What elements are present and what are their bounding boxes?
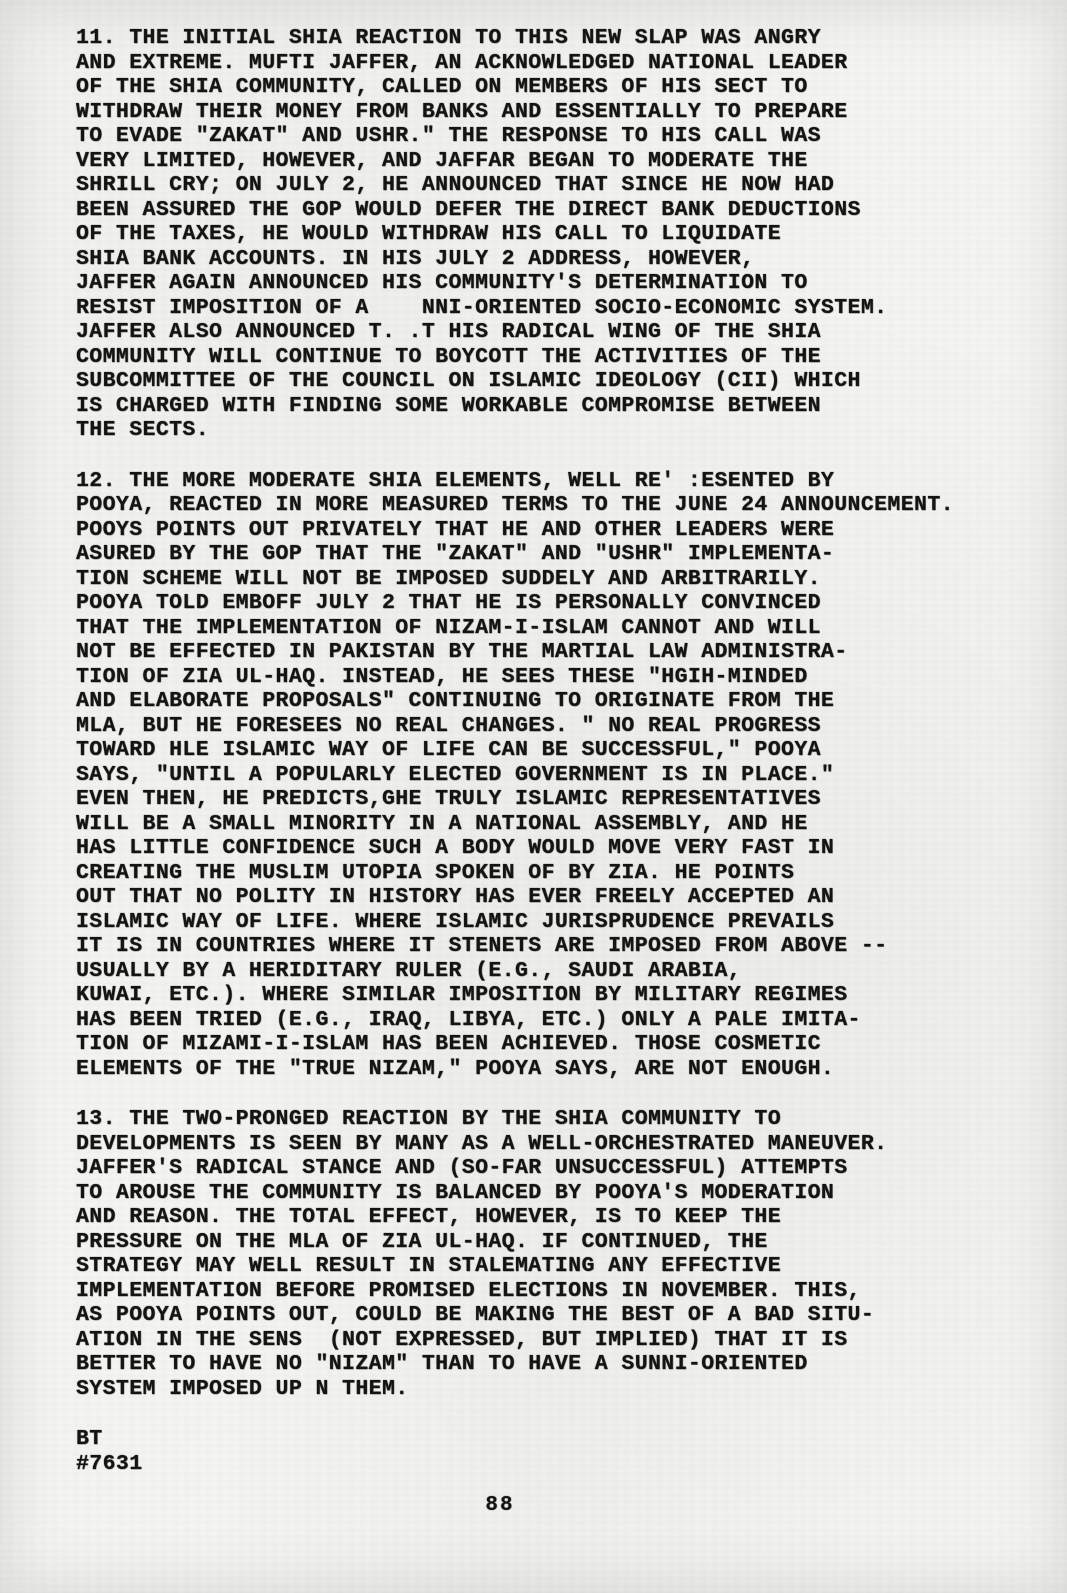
text-line: ISLAMIC WAY OF LIFE. WHERE ISLAMIC JURIS… — [76, 910, 1047, 935]
text-line: IMPLEMENTATION BEFORE PROMISED ELECTIONS… — [76, 1279, 1047, 1304]
text-line: SYSTEM IMPOSED UP N THEM. — [76, 1377, 1047, 1402]
text-line: ATION IN THE SENS (NOT EXPRESSED, BUT IM… — [76, 1328, 1047, 1353]
signoff-bt: BT — [76, 1427, 1047, 1452]
text-line: ELEMENTS OF THE "TRUE NIZAM," POOYA SAYS… — [76, 1057, 1047, 1082]
text-line: COMMUNITY WILL CONTINUE TO BOYCOTT THE A… — [76, 345, 1047, 370]
text-line: 11. THE INITIAL SHIA REACTION TO THIS NE… — [76, 26, 1047, 51]
cable-footer: BT #7631 — [76, 1427, 1047, 1476]
text-line: AS POOYA POINTS OUT, COULD BE MAKING THE… — [76, 1303, 1047, 1328]
text-line: MLA, BUT HE FORESEES NO REAL CHANGES. " … — [76, 714, 1047, 739]
text-line: OF THE SHIA COMMUNITY, CALLED ON MEMBERS… — [76, 75, 1047, 100]
text-line: VERY LIMITED, HOWEVER, AND JAFFAR BEGAN … — [76, 149, 1047, 174]
text-line: THE SECTS. — [76, 418, 1047, 443]
text-line: SHIA BANK ACCOUNTS. IN HIS JULY 2 ADDRES… — [76, 247, 1047, 272]
text-line: EVEN THEN, HE PREDICTS,GHE TRULY ISLAMIC… — [76, 787, 1047, 812]
text-line: THAT THE IMPLEMENTATION OF NIZAM-I-ISLAM… — [76, 616, 1047, 641]
paragraph-12: 12. THE MORE MODERATE SHIA ELEMENTS, WEL… — [76, 469, 1047, 1082]
text-line: SAYS, "UNTIL A POPULARLY ELECTED GOVERNM… — [76, 763, 1047, 788]
text-line: WITHDRAW THEIR MONEY FROM BANKS AND ESSE… — [76, 100, 1047, 125]
text-line: OF THE TAXES, HE WOULD WITHDRAW HIS CALL… — [76, 222, 1047, 247]
text-line: TION SCHEME WILL NOT BE IMPOSED SUDDELY … — [76, 567, 1047, 592]
text-line: JAFFER'S RADICAL STANCE AND (SO-FAR UNSU… — [76, 1156, 1047, 1181]
text-line: POOYS POINTS OUT PRIVATELY THAT HE AND O… — [76, 518, 1047, 543]
text-line: TION OF MIZAMI-I-ISLAM HAS BEEN ACHIEVED… — [76, 1032, 1047, 1057]
text-line: AND REASON. THE TOTAL EFFECT, HOWEVER, I… — [76, 1205, 1047, 1230]
text-line: HAS BEEN TRIED (E.G., IRAQ, LIBYA, ETC.)… — [76, 1008, 1047, 1033]
text-line: SHRILL CRY; ON JULY 2, HE ANNOUNCED THAT… — [76, 173, 1047, 198]
text-line: AND EXTREME. MUFTI JAFFER, AN ACKNOWLEDG… — [76, 51, 1047, 76]
text-line: TOWARD HLE ISLAMIC WAY OF LIFE CAN BE SU… — [76, 738, 1047, 763]
text-line: AND ELABORATE PROPOSALS" CONTINUING TO O… — [76, 689, 1047, 714]
text-line: IT IS IN COUNTRIES WHERE IT STENETS ARE … — [76, 934, 1047, 959]
text-line: DEVELOPMENTS IS SEEN BY MANY AS A WELL-O… — [76, 1132, 1047, 1157]
page-number: 88 — [0, 1494, 1000, 1517]
text-line: OUT THAT NO POLITY IN HISTORY HAS EVER F… — [76, 885, 1047, 910]
paragraph-11: 11. THE INITIAL SHIA REACTION TO THIS NE… — [76, 26, 1047, 443]
serial-number: #7631 — [76, 1452, 1047, 1477]
document-page: 11. THE INITIAL SHIA REACTION TO THIS NE… — [0, 0, 1067, 1593]
text-line: RESIST IMPOSITION OF A NNI-ORIENTED SOCI… — [76, 296, 1047, 321]
paragraph-13: 13. THE TWO-PRONGED REACTION BY THE SHIA… — [76, 1107, 1047, 1401]
text-line: NOT BE EFFECTED IN PAKISTAN BY THE MARTI… — [76, 640, 1047, 665]
text-line: KUWAI, ETC.). WHERE SIMILAR IMPOSITION B… — [76, 983, 1047, 1008]
text-line: CREATING THE MUSLIM UTOPIA SPOKEN OF BY … — [76, 861, 1047, 886]
text-line: USUALLY BY A HERIDITARY RULER (E.G., SAU… — [76, 959, 1047, 984]
text-line: STRATEGY MAY WELL RESULT IN STALEMATING … — [76, 1254, 1047, 1279]
document-body: 11. THE INITIAL SHIA REACTION TO THIS NE… — [76, 26, 1047, 1476]
text-line: POOYA, REACTED IN MORE MEASURED TERMS TO… — [76, 493, 1047, 518]
text-line: 13. THE TWO-PRONGED REACTION BY THE SHIA… — [76, 1107, 1047, 1132]
text-line: PRESSURE ON THE MLA OF ZIA UL-HAQ. IF CO… — [76, 1230, 1047, 1255]
text-line: TO EVADE "ZAKAT" AND USHR." THE RESPONSE… — [76, 124, 1047, 149]
text-line: JAFFER AGAIN ANNOUNCED HIS COMMUNITY'S D… — [76, 271, 1047, 296]
text-line: 12. THE MORE MODERATE SHIA ELEMENTS, WEL… — [76, 469, 1047, 494]
text-line: POOYA TOLD EMBOFF JULY 2 THAT HE IS PERS… — [76, 591, 1047, 616]
text-line: WILL BE A SMALL MINORITY IN A NATIONAL A… — [76, 812, 1047, 837]
text-line: IS CHARGED WITH FINDING SOME WORKABLE CO… — [76, 394, 1047, 419]
text-line: ASURED BY THE GOP THAT THE "ZAKAT" AND "… — [76, 542, 1047, 567]
text-line: TION OF ZIA UL-HAQ. INSTEAD, HE SEES THE… — [76, 665, 1047, 690]
text-line: HAS LITTLE CONFIDENCE SUCH A BODY WOULD … — [76, 836, 1047, 861]
text-line: SUBCOMMITTEE OF THE COUNCIL ON ISLAMIC I… — [76, 369, 1047, 394]
text-line: JAFFER ALSO ANNOUNCED T. .T HIS RADICAL … — [76, 320, 1047, 345]
text-line: BEEN ASSURED THE GOP WOULD DEFER THE DIR… — [76, 198, 1047, 223]
text-line: BETTER TO HAVE NO "NIZAM" THAN TO HAVE A… — [76, 1352, 1047, 1377]
text-line: TO AROUSE THE COMMUNITY IS BALANCED BY P… — [76, 1181, 1047, 1206]
